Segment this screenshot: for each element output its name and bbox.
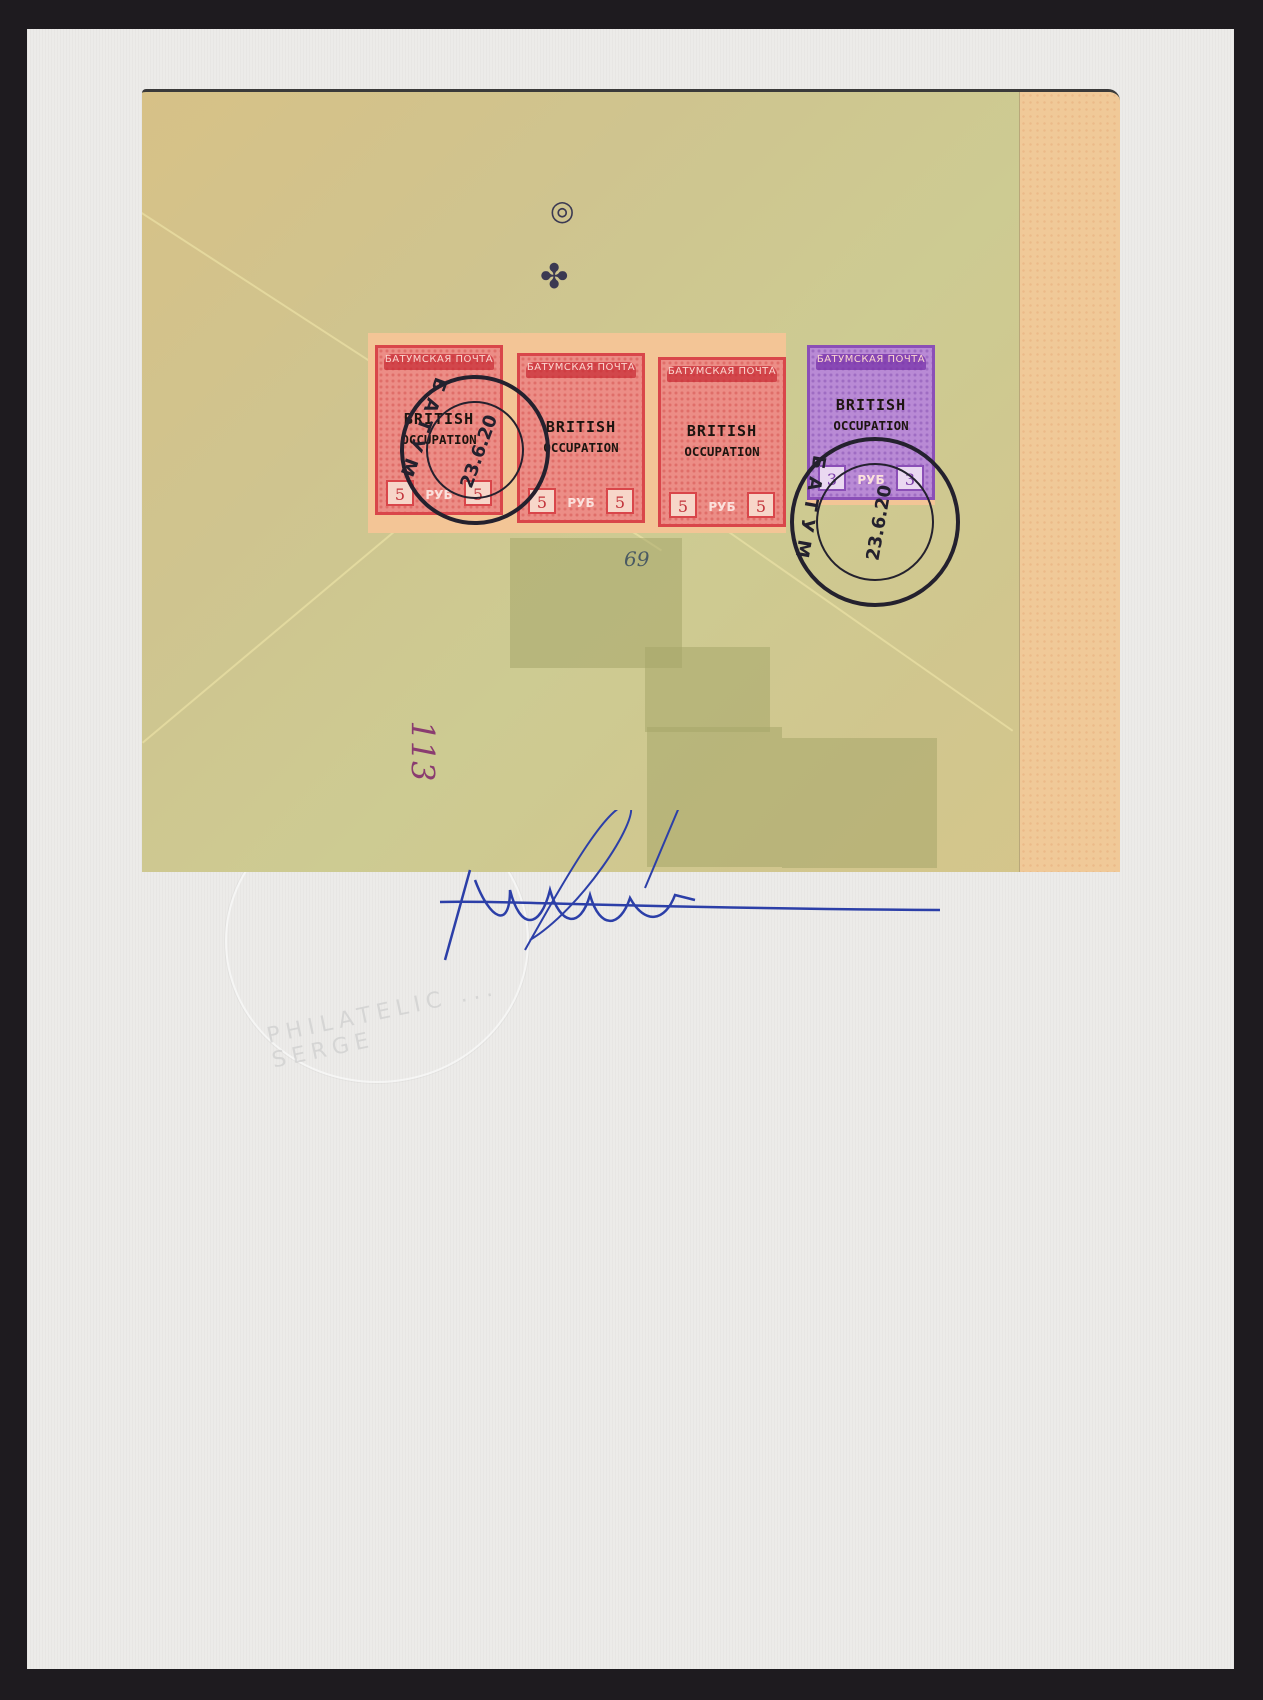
overprint-british: BRITISH (810, 396, 932, 414)
stamp-value: 5 (669, 492, 697, 518)
stamp-currency: РУБ (560, 496, 602, 510)
stamp-header: БАТУМСКАЯ ПОЧТА (816, 354, 926, 370)
small-circular-handstamp: ◎ (550, 194, 574, 227)
stamp-5-rub-3: БАТУМСКАЯ ПОЧТА BRITISH OCCUPATION 5 РУБ… (658, 357, 786, 527)
hinge-tape (645, 647, 770, 732)
censor-strip (1019, 92, 1120, 872)
stamp-value: 5 (606, 488, 634, 514)
stamp-value: 5 (747, 492, 775, 518)
overprint-occupation: OCCUPATION (661, 444, 783, 459)
stamp-currency: РУБ (701, 500, 743, 514)
envelope-reverse: ◎ ✤ БАТУМСКАЯ ПОЧТА BRITISH OCCUPATION 5… (142, 89, 1120, 872)
stamp-header: БАТУМСКАЯ ПОЧТА (526, 362, 636, 378)
overprint-british: BRITISH (661, 422, 783, 440)
stamp-header: БАТУМСКАЯ ПОЧТА (667, 366, 777, 382)
seal-text: PHILATELIC ... SERGE (265, 971, 530, 1074)
pencil-note: 69 (624, 547, 649, 571)
violet-manuscript-number: 113 (404, 720, 442, 781)
expert-signature (430, 810, 960, 980)
transit-handstamp: ✤ (540, 257, 569, 297)
